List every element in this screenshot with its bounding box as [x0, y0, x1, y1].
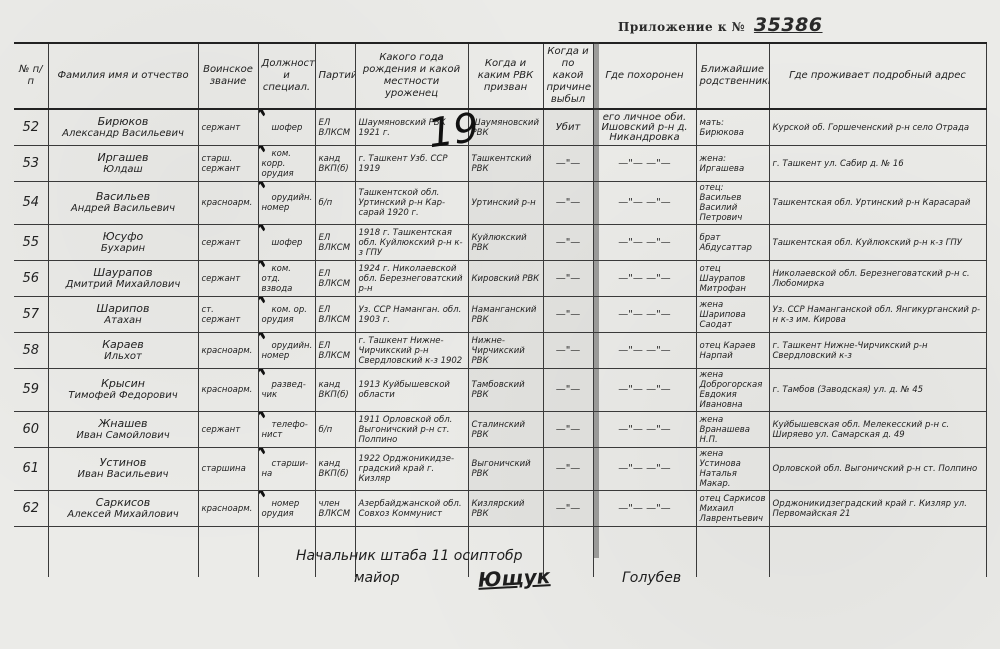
rank-cell: сержант: [198, 225, 258, 261]
column-header: № п/п: [14, 43, 48, 109]
given-names: Тимофей Федорович: [68, 390, 177, 401]
empty-cell: [198, 527, 258, 578]
address-cell: г. Ташкент Нижне-Чирчикский р-н Свердлов…: [769, 333, 986, 369]
rank-cell: красноарм.: [198, 369, 258, 412]
row-number: 62: [14, 491, 48, 527]
surname: Васильев: [52, 191, 195, 203]
given-names: Дмитрий Михайлович: [66, 279, 181, 290]
given-names: Александр Васильевич: [62, 128, 184, 139]
party-cell: б/п: [315, 182, 355, 225]
row-number: 57: [14, 297, 48, 333]
signature: Ющук: [477, 564, 550, 592]
party-cell: ЕЛ ВЛКСМ: [315, 261, 355, 297]
birth-cell: Азербайджанской обл. Совхоз Коммунист: [355, 491, 468, 527]
row-number: 52: [14, 109, 48, 146]
buried-cell: —"— —"—: [593, 412, 696, 448]
given-names: Андрей Васильевич: [71, 203, 175, 214]
buried-cell: —"— —"—: [593, 491, 696, 527]
table-row: 52БирюковАлександр Васильевичсержант✗шоф…: [14, 109, 986, 146]
table-row: 59КрысинТимофей Федоровичкрасноарм.✗разв…: [14, 369, 986, 412]
scan-shadow-line: [594, 42, 599, 558]
table-row: 61УстиновИван Васильевичстаршина✗старши-…: [14, 448, 986, 491]
column-header: Ближайшие родственники: [696, 43, 769, 109]
column-header: Какого года рождения и какой местности у…: [355, 43, 468, 109]
surname: Шаурапов: [52, 267, 195, 279]
address-cell: г. Тамбов (Заводская) ул. д. № 45: [769, 369, 986, 412]
surname: Устинов: [52, 457, 195, 469]
check-mark-icon: ✗: [258, 146, 271, 153]
stamp-number: 35386: [754, 14, 823, 36]
left-cell: —"—: [543, 261, 593, 297]
left-cell: —"—: [543, 225, 593, 261]
table-row: 57ШариповАтаханст. сержант✗ком. ор. оруд…: [14, 297, 986, 333]
given-names: Бухарин: [101, 243, 145, 254]
stamp-label: Приложение к №: [618, 20, 745, 34]
table-row: 62СаркисовАлексей Михайловичкрасноарм.✗н…: [14, 491, 986, 527]
full-name-cell: ШариповАтахан: [48, 297, 198, 333]
rank-cell: сержант: [198, 412, 258, 448]
position-cell: ✗старши-на: [258, 448, 315, 491]
left-cell: Убит: [543, 109, 593, 146]
rank-cell: старшина: [198, 448, 258, 491]
surname: Бирюков: [52, 116, 195, 128]
rvk-cell: Сталинский РВК: [468, 412, 543, 448]
rank-cell: сержант: [198, 261, 258, 297]
buried-cell: —"— —"—: [593, 146, 696, 182]
relatives-cell: мать: Бирюкова: [696, 109, 769, 146]
table-row: 60ЖнашевИван Самойловичсержант✗телефо-ни…: [14, 412, 986, 448]
position-cell: ✗орудийн. номер: [258, 333, 315, 369]
party-cell: член ВЛКСМ: [315, 491, 355, 527]
check-mark-icon: ✗: [258, 182, 271, 189]
check-mark-icon: ✗: [258, 412, 271, 419]
party-cell: б/п: [315, 412, 355, 448]
check-mark-icon: ✗: [258, 448, 271, 455]
position-cell: ✗ком. корр. орудия: [258, 146, 315, 182]
position-cell: ✗ком. ор. орудия: [258, 297, 315, 333]
given-names: Юлдаш: [103, 164, 142, 175]
full-name-cell: ЮсуфоБухарин: [48, 225, 198, 261]
empty-cell: [14, 527, 48, 578]
rvk-cell: Наманганский РВК: [468, 297, 543, 333]
empty-cell: [543, 527, 593, 578]
rank-cell: старш. сержант: [198, 146, 258, 182]
left-cell: —"—: [543, 297, 593, 333]
empty-cell: [48, 527, 198, 578]
left-cell: —"—: [543, 146, 593, 182]
check-mark-icon: ✗: [258, 491, 271, 498]
birth-cell: 1918 г. Ташкентская обл. Куйлюкский р-н …: [355, 225, 468, 261]
position-cell: ✗развед-чик: [258, 369, 315, 412]
buried-cell: —"— —"—: [593, 261, 696, 297]
check-mark-icon: ✗: [258, 369, 271, 376]
left-cell: —"—: [543, 448, 593, 491]
left-cell: —"—: [543, 369, 593, 412]
relatives-cell: отец Шаурапов Митрофан: [696, 261, 769, 297]
column-header: Где похоронен: [593, 43, 696, 109]
address-cell: Ташкентская обл. Куйлюкский р-н к-з ГПУ: [769, 225, 986, 261]
relatives-cell: жена Шарипова Саодат: [696, 297, 769, 333]
rank-cell: красноарм.: [198, 182, 258, 225]
buried-cell: —"— —"—: [593, 369, 696, 412]
check-mark-icon: ✗: [258, 333, 271, 340]
address-cell: Ташкентская обл. Уртинский р-н Карасарай: [769, 182, 986, 225]
footer-title: Начальник штаба 11 осиптобр: [296, 548, 523, 564]
buried-cell: —"— —"—: [593, 225, 696, 261]
casualty-ledger-table: № п/пФамилия имя и отчествоВоинское зван…: [14, 42, 987, 577]
row-number: 58: [14, 333, 48, 369]
table-body: 52БирюковАлександр Васильевичсержант✗шоф…: [14, 109, 986, 577]
row-number: 56: [14, 261, 48, 297]
relatives-cell: жена Доброгорская Евдокия Ивановна: [696, 369, 769, 412]
table-row: 56ШаураповДмитрий Михайловичсержант✗ком.…: [14, 261, 986, 297]
table-row: 55ЮсуфоБухаринсержант✗шоферЕЛ ВЛКСМ1918 …: [14, 225, 986, 261]
check-mark-icon: ✗: [258, 225, 271, 232]
relatives-cell: брат Абдусаттар: [696, 225, 769, 261]
surname: Юсуфо: [52, 231, 195, 243]
page-mark: 19: [425, 105, 482, 158]
relatives-cell: отец Саркисов Михаил Лаврентьевич: [696, 491, 769, 527]
column-header: Когда и каким РВК призван: [468, 43, 543, 109]
column-header: Должность и специал.: [258, 43, 315, 109]
column-header: Партийность: [315, 43, 355, 109]
position-cell: ✗шофер: [258, 225, 315, 261]
left-cell: —"—: [543, 333, 593, 369]
row-number: 60: [14, 412, 48, 448]
rvk-cell: Кизлярский РВК: [468, 491, 543, 527]
appendix-stamp: Приложение к № 35386: [618, 14, 823, 36]
position-cell: ✗номер орудия: [258, 491, 315, 527]
surname: Саркисов: [52, 497, 195, 509]
rvk-cell: Уртинский р-н: [468, 182, 543, 225]
buried-cell: —"— —"—: [593, 333, 696, 369]
full-name-cell: ШаураповДмитрий Михайлович: [48, 261, 198, 297]
birth-cell: Ташкентской обл. Уртинский р-н Кар-сарай…: [355, 182, 468, 225]
given-names: Иван Васильевич: [78, 469, 169, 480]
empty-cell: [769, 527, 986, 578]
rvk-cell: Нижне-Чирчикский РВК: [468, 333, 543, 369]
table-header-row: № п/пФамилия имя и отчествоВоинское зван…: [14, 43, 986, 109]
column-header: Фамилия имя и отчество: [48, 43, 198, 109]
birth-cell: г. Ташкент Нижне-Чирчикский р-н Свердлов…: [355, 333, 468, 369]
check-mark-icon: ✗: [258, 297, 271, 304]
rvk-cell: Выгоничский РВК: [468, 448, 543, 491]
column-header: Когда и по какой причине выбыл: [543, 43, 593, 109]
rvk-cell: Тамбовский РВК: [468, 369, 543, 412]
address-cell: Орловской обл. Выгоничский р-н ст. Полпи…: [769, 448, 986, 491]
party-cell: ЕЛ ВЛКСМ: [315, 225, 355, 261]
address-cell: Куйбышевская обл. Мелекесский р-н с. Шир…: [769, 412, 986, 448]
full-name-cell: КрысинТимофей Федорович: [48, 369, 198, 412]
party-cell: ЕЛ ВЛКСМ: [315, 109, 355, 146]
surname: Крысин: [52, 378, 195, 390]
party-cell: канд ВКП(б): [315, 448, 355, 491]
party-cell: канд ВКП(б): [315, 146, 355, 182]
left-cell: —"—: [543, 182, 593, 225]
party-cell: ЕЛ ВЛКСМ: [315, 297, 355, 333]
table-row: 53ИргашевЮлдашстарш. сержант✗ком. корр. …: [14, 146, 986, 182]
birth-cell: 1924 г. Николаевской обл. Березнеговатск…: [355, 261, 468, 297]
column-header: Где проживает подробный адрес: [769, 43, 986, 109]
relatives-cell: отец Караев Нарпай: [696, 333, 769, 369]
row-number: 53: [14, 146, 48, 182]
row-number: 61: [14, 448, 48, 491]
surname: Караев: [52, 339, 195, 351]
given-names: Ильхот: [104, 351, 142, 362]
position-cell: ✗шофер: [258, 109, 315, 146]
row-number: 54: [14, 182, 48, 225]
position-cell: ✗ком. отд. взвода: [258, 261, 315, 297]
full-name-cell: ИргашевЮлдаш: [48, 146, 198, 182]
relatives-cell: жена Устинова Наталья Макар.: [696, 448, 769, 491]
address-cell: Курской об. Горшеченский р-н село Отрада: [769, 109, 986, 146]
given-names: Атахан: [104, 315, 141, 326]
surname: Жнашев: [52, 418, 195, 430]
rank-cell: красноарм.: [198, 491, 258, 527]
left-cell: —"—: [543, 491, 593, 527]
rvk-cell: Кировский РВК: [468, 261, 543, 297]
buried-cell: —"— —"—: [593, 297, 696, 333]
left-cell: —"—: [543, 412, 593, 448]
footer-rank: майор: [354, 570, 400, 586]
surname: Иргашев: [52, 152, 195, 164]
full-name-cell: БирюковАлександр Васильевич: [48, 109, 198, 146]
rvk-cell: Куйлюкский РВК: [468, 225, 543, 261]
rank-cell: красноарм.: [198, 333, 258, 369]
given-names: Иван Самойлович: [76, 430, 169, 441]
rank-cell: ст. сержант: [198, 297, 258, 333]
buried-cell: его личное оби. Ишовский р-н д. Никандро…: [593, 109, 696, 146]
check-mark-icon: ✗: [258, 109, 271, 116]
position-cell: ✗орудийн. номер: [258, 182, 315, 225]
column-header: Воинское звание: [198, 43, 258, 109]
party-cell: ЕЛ ВЛКСМ: [315, 333, 355, 369]
party-cell: канд ВКП(б): [315, 369, 355, 412]
check-mark-icon: ✗: [258, 261, 271, 268]
address-cell: Орджоникидзеградский край г. Кизляр ул. …: [769, 491, 986, 527]
address-cell: Николаевской обл. Березнеговатский р-н с…: [769, 261, 986, 297]
table-row: 58КараевИльхоткрасноарм.✗орудийн. номерЕ…: [14, 333, 986, 369]
birth-cell: 1922 Орджоникидзе-градский край г. Кизля…: [355, 448, 468, 491]
birth-cell: 1913 Куйбышевской области: [355, 369, 468, 412]
address-cell: г. Ташкент ул. Сабир д. № 16: [769, 146, 986, 182]
signer-name: Голубев: [622, 570, 681, 586]
buried-cell: —"— —"—: [593, 448, 696, 491]
given-names: Алексей Михайлович: [67, 509, 178, 520]
row-number: 55: [14, 225, 48, 261]
full-name-cell: СаркисовАлексей Михайлович: [48, 491, 198, 527]
address-cell: Уз. ССР Наманганской обл. Янгикурганский…: [769, 297, 986, 333]
relatives-cell: отец: Васильев Василий Петрович: [696, 182, 769, 225]
rank-cell: сержант: [198, 109, 258, 146]
birth-cell: Уз. ССР Наманган. обл. 1903 г.: [355, 297, 468, 333]
full-name-cell: УстиновИван Васильевич: [48, 448, 198, 491]
full-name-cell: ЖнашевИван Самойлович: [48, 412, 198, 448]
table-row: 54ВасильевАндрей Васильевичкрасноарм.✗ор…: [14, 182, 986, 225]
position-cell: ✗телефо-нист: [258, 412, 315, 448]
rvk-cell: Ташкентский РВК: [468, 146, 543, 182]
full-name-cell: КараевИльхот: [48, 333, 198, 369]
relatives-cell: жена: Иргашева: [696, 146, 769, 182]
surname: Шарипов: [52, 303, 195, 315]
row-number: 59: [14, 369, 48, 412]
buried-cell: —"— —"—: [593, 182, 696, 225]
relatives-cell: жена Вранашева Н.П.: [696, 412, 769, 448]
empty-cell: [696, 527, 769, 578]
full-name-cell: ВасильевАндрей Васильевич: [48, 182, 198, 225]
birth-cell: 1911 Орловской обл. Выгоничский р-н ст. …: [355, 412, 468, 448]
